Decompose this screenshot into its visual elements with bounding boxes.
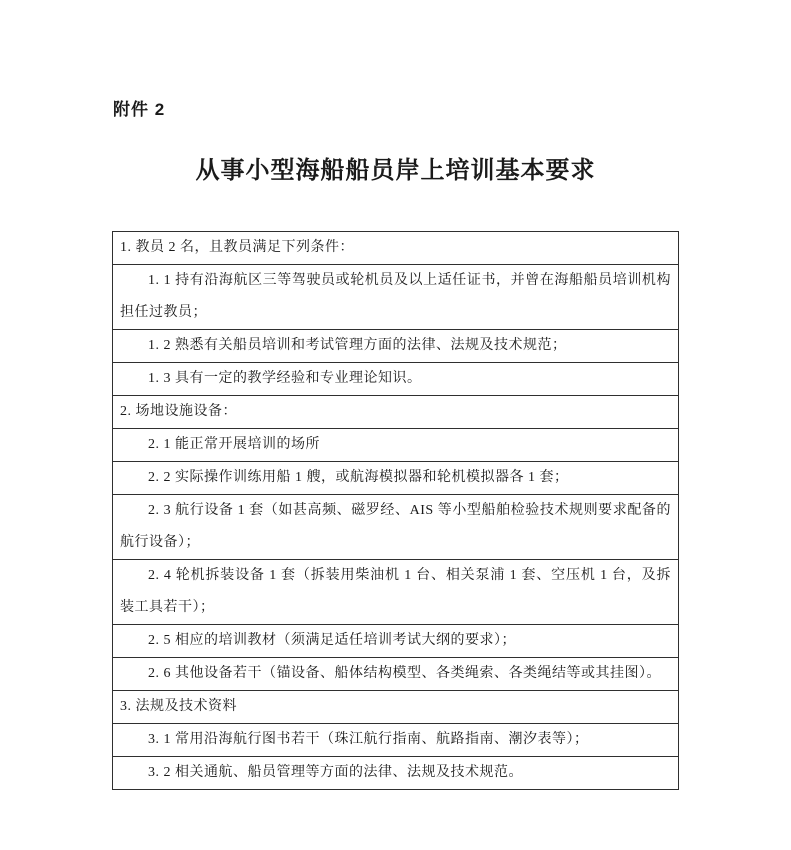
table-row: 2. 3 航行设备 1 套（如甚高频、磁罗经、AIS 等小型船舶检验技术规则要求…: [113, 495, 678, 560]
document-page: 附件 2 从事小型海船船员岸上培训基本要求 1. 教员 2 名，且教员满足下列条…: [0, 0, 791, 850]
table-row: 3. 法规及技术资料: [113, 691, 678, 724]
table-row: 1. 3 具有一定的教学经验和专业理论知识。: [113, 363, 678, 396]
table-row: 2. 4 轮机拆装设备 1 套（拆装用柴油机 1 台、相关泵浦 1 套、空压机 …: [113, 560, 678, 625]
table-row: 2. 5 相应的培训教材（须满足适任培训考试大纲的要求）；: [113, 625, 678, 658]
table-row: 2. 6 其他设备若干（锚设备、船体结构模型、各类绳索、各类绳结等或其挂图）。: [113, 658, 678, 691]
table-row: 1. 教员 2 名，且教员满足下列条件：: [113, 232, 678, 265]
attachment-label: 附件 2: [113, 95, 165, 120]
requirements-table: 1. 教员 2 名，且教员满足下列条件： 1. 1 持有沿海航区三等驾驶员或轮机…: [112, 231, 679, 790]
page-title: 从事小型海船船员岸上培训基本要求: [0, 150, 791, 185]
table-row: 2. 1 能正常开展培训的场所: [113, 429, 678, 462]
table-row: 2. 场地设施设备：: [113, 396, 678, 429]
table-row: 3. 1 常用沿海航行图书若干（珠江航行指南、航路指南、潮汐表等）；: [113, 724, 678, 757]
table-row: 2. 2 实际操作训练用船 1 艘，或航海模拟器和轮机模拟器各 1 套；: [113, 462, 678, 495]
table-row: 1. 2 熟悉有关船员培训和考试管理方面的法律、法规及技术规范；: [113, 330, 678, 363]
table-row: 1. 1 持有沿海航区三等驾驶员或轮机员及以上适任证书，并曾在海船船员培训机构担…: [113, 265, 678, 330]
table-row: 3. 2 相关通航、船员管理等方面的法律、法规及技术规范。: [113, 757, 678, 789]
